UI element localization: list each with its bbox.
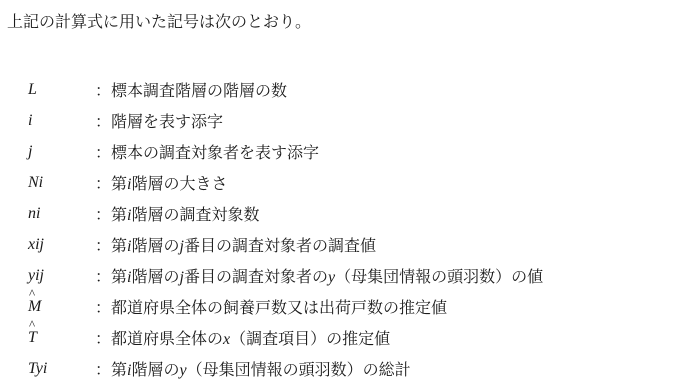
colon-separator: ： xyxy=(95,295,111,318)
symbol-label: Ni xyxy=(28,174,95,192)
symbol-label: j xyxy=(28,143,95,161)
symbol-text: Ni xyxy=(28,174,43,191)
symbol-text: i xyxy=(28,112,32,129)
symbol-label: ^T xyxy=(28,329,95,347)
description-text: 標本の調査対象者を表す添字 xyxy=(111,145,319,162)
symbol-label: L xyxy=(28,81,95,99)
symbol-label: ^M xyxy=(28,298,95,316)
symbol-description: 都道府県全体のx（調査項目）の推定値 xyxy=(111,326,390,349)
description-text: 標本調査階層の階層の数 xyxy=(111,83,287,100)
description-text: （母集団情報の頭羽数）の総計 xyxy=(187,362,411,379)
symbol-label: ni xyxy=(28,205,95,223)
symbol-description: 都道府県全体の飼養戸数又は出荷戸数の推定値 xyxy=(111,295,447,318)
document-page: 上記の計算式に用いた記号は次のとおり。 L：標本調査階層の階層の数i：階層を表す… xyxy=(0,0,680,389)
hat-accent-icon: ^ xyxy=(29,318,35,331)
description-text: 階層の調査対象数 xyxy=(131,207,259,224)
description-text: 都道府県全体の xyxy=(111,331,223,348)
description-text: 第 xyxy=(111,362,127,379)
colon-separator: ： xyxy=(95,171,111,194)
symbol-label: i xyxy=(28,112,95,130)
symbol-label: yij xyxy=(28,267,95,285)
description-text: 第 xyxy=(111,207,127,224)
description-text: （調査項目）の推定値 xyxy=(230,331,390,348)
symbol-row: ^T：都道府県全体のx（調査項目）の推定値 xyxy=(28,322,543,353)
symbol-row: xij：第i階層のj番目の調査対象者の調査値 xyxy=(28,229,543,260)
colon-separator: ： xyxy=(95,233,111,256)
symbol-description: 第i階層のj番目の調査対象者のy（母集団情報の頭羽数）の値 xyxy=(111,264,543,287)
symbol-row: Tyi：第i階層のy（母集団情報の頭羽数）の総計 xyxy=(28,353,543,384)
symbol-text: xij xyxy=(28,236,44,253)
description-text: 階層の大きさ xyxy=(131,176,227,193)
variable-text: y xyxy=(180,362,187,379)
symbol-label: Tyi xyxy=(28,360,95,378)
symbol-description: 階層を表す添字 xyxy=(111,109,223,132)
colon-separator: ： xyxy=(95,264,111,287)
colon-separator: ： xyxy=(95,140,111,163)
colon-separator: ： xyxy=(95,78,111,101)
description-text: 階層の xyxy=(131,238,179,255)
description-text: 第 xyxy=(111,176,127,193)
description-text: 階層の xyxy=(131,269,179,286)
colon-separator: ： xyxy=(95,202,111,225)
description-text: 都道府県全体の飼養戸数又は出荷戸数の推定値 xyxy=(111,300,447,317)
symbol-description: 第i階層のj番目の調査対象者の調査値 xyxy=(111,233,376,256)
description-text: 第 xyxy=(111,238,127,255)
variable-text: y xyxy=(328,269,335,286)
symbol-description: 標本の調査対象者を表す添字 xyxy=(111,140,319,163)
description-text: 階層を表す添字 xyxy=(111,114,223,131)
colon-separator: ： xyxy=(95,326,111,349)
symbol-row: yij：第i階層のj番目の調査対象者のy（母集団情報の頭羽数）の値 xyxy=(28,260,543,291)
symbol-row: j：標本の調査対象者を表す添字 xyxy=(28,136,543,167)
symbol-row: i：階層を表す添字 xyxy=(28,105,543,136)
symbol-text: Tyi xyxy=(28,360,47,377)
description-text: 階層の xyxy=(131,362,179,379)
description-text: 第 xyxy=(111,269,127,286)
description-text: 番目の調査対象者の調査値 xyxy=(184,238,376,255)
description-text: 番目の調査対象者の xyxy=(184,269,328,286)
colon-separator: ： xyxy=(95,357,111,380)
intro-text: 上記の計算式に用いた記号は次のとおり。 xyxy=(7,12,311,34)
symbol-description: 第i階層の大きさ xyxy=(111,171,227,194)
symbol-description: 第i階層のy（母集団情報の頭羽数）の総計 xyxy=(111,357,411,380)
symbol-text: ni xyxy=(28,205,40,222)
symbol-text: L xyxy=(28,81,37,98)
description-text: （母集団情報の頭羽数）の値 xyxy=(335,269,543,286)
symbol-row: Ni：第i階層の大きさ xyxy=(28,167,543,198)
symbol-text: yij xyxy=(28,267,44,284)
hat-accent-icon: ^ xyxy=(29,287,35,300)
symbol-description: 標本調査階層の階層の数 xyxy=(111,78,287,101)
symbol-row: ^M：都道府県全体の飼養戸数又は出荷戸数の推定値 xyxy=(28,291,543,322)
symbol-text: j xyxy=(28,143,32,160)
symbol-description: 第i階層の調査対象数 xyxy=(111,202,259,225)
symbol-definition-list: L：標本調査階層の階層の数i：階層を表す添字j：標本の調査対象者を表す添字Ni：… xyxy=(28,74,543,384)
symbol-label: xij xyxy=(28,236,95,254)
symbol-row: ni：第i階層の調査対象数 xyxy=(28,198,543,229)
colon-separator: ： xyxy=(95,109,111,132)
symbol-row: L：標本調査階層の階層の数 xyxy=(28,74,543,105)
